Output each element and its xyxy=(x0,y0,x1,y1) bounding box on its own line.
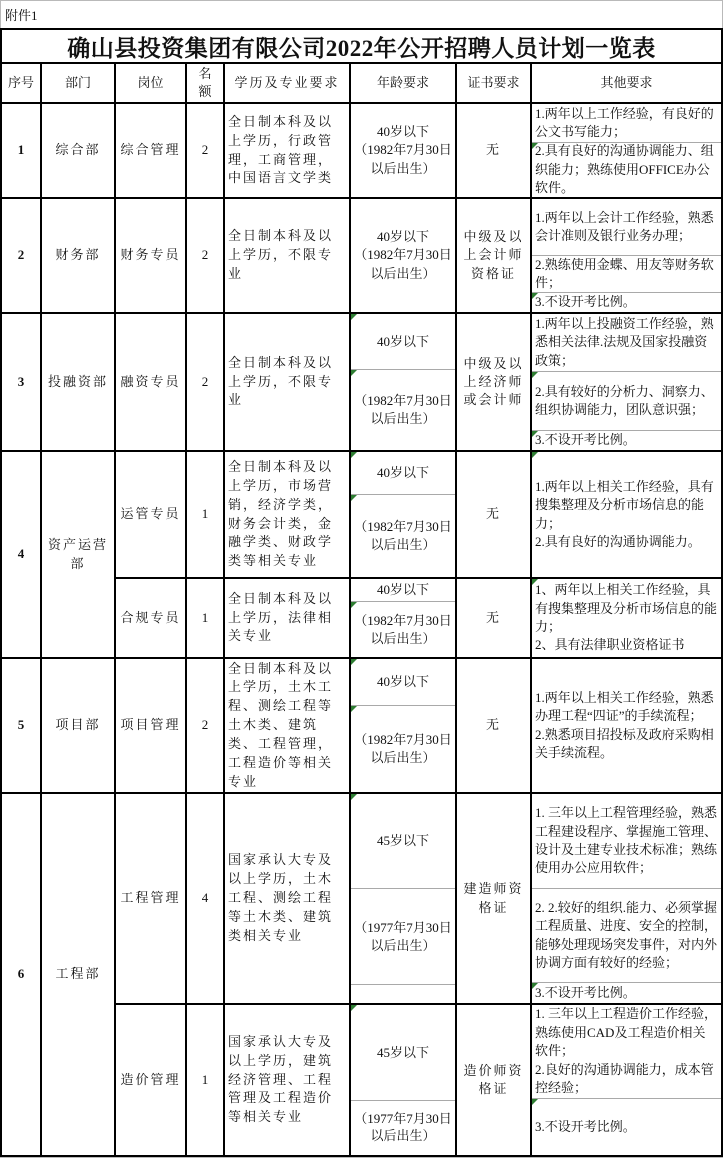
r2-other-item-3-text: 3.不设开考比例。 xyxy=(535,293,718,311)
r6a-age-item-2: （1977年7月30日以后出生） xyxy=(351,888,455,984)
comment-marker-icon xyxy=(532,431,538,437)
r3-age-cell: 40岁以下 （1982年7月30日以后出生） xyxy=(351,314,455,450)
r4b-age-item-2: （1982年7月30日以后出生） xyxy=(351,601,455,657)
r1-age-cell: 40岁以下 （1982年7月30日以后出生） xyxy=(351,104,455,197)
r3-post-cell: 融资专员 xyxy=(116,314,185,450)
r1-other-cell: 1.两年以上工作经验，有良好的公文书写能力； 2.具有良好的沟通协调能力、组织能… xyxy=(532,104,721,197)
r2-post-cell: 财务专员 xyxy=(116,199,185,312)
table-row-4a: 运管专员 1 全日制本科及以上学历，市场营销，经济学类，财务会计类，金融学类、财… xyxy=(116,452,721,577)
comment-marker-icon xyxy=(351,452,357,458)
r2-other-cell: 1.两年以上会计工作经验，熟悉会计准则及银行业务办理； 2.熟练使用金蝶、用友等… xyxy=(532,199,721,312)
r1-edu-cell: 全日制本科及以上学历，行政管理，工商管理，中国语言文学类 xyxy=(225,104,349,197)
r6a-other-item-3: 3.不设开考比例。 xyxy=(532,982,721,1003)
r5-age-cell: 40岁以下 （1982年7月30日以后出生） xyxy=(351,659,455,792)
r6a-age-cell: 45岁以下 （1977年7月30日以后出生） xyxy=(351,794,455,1003)
r6b-other-item-1-text: 1. 三年以上工程造价工作经验，熟练使用CAD及工程造价相关软件； 2.良好的沟… xyxy=(535,1005,718,1097)
r4b-age-cell: 40岁以下 （1982年7月30日以后出生） xyxy=(351,579,455,657)
r6b-edu-cell: 国家承认大专及以上学历，建筑经济管理、工程管理及工程造价等相关专业 xyxy=(225,1005,349,1155)
r5-age-item-1-text: 40岁以下 xyxy=(352,673,454,691)
r6a-age-item-2-text: （1977年7月30日以后出生） xyxy=(352,919,454,955)
column-header-other: 其他要求 xyxy=(532,64,721,102)
r4b-post-cell: 合规专员 xyxy=(116,579,185,657)
r5-other-item-1-text: 1.两年以上相关工作经验，熟悉办理工程“四证”的手续流程； 2.熟悉项目招投标及… xyxy=(535,689,718,763)
comment-marker-icon xyxy=(351,602,357,608)
r6a-age-item-1: 45岁以下 xyxy=(351,794,455,888)
r4a-post-cell: 运管专员 xyxy=(116,452,185,577)
table-row-1: 1 综合部 综合管理 2 全日制本科及以上学历，行政管理，工商管理，中国语言文学… xyxy=(2,104,721,197)
r3-edu-cell: 全日制本科及以上学历，不限专业 xyxy=(225,314,349,450)
table-row-3: 3 投融资部 融资专员 2 全日制本科及以上学历，不限专业 40岁以下 （198… xyxy=(2,314,721,450)
r4a-edu-cell: 全日制本科及以上学历，市场营销，经济学类，财务会计类，金融学类、财政学类等相关专… xyxy=(225,452,349,577)
r2-other-item-2: 2.熟练使用金蝶、用友等财务软件； xyxy=(532,255,721,292)
recruitment-table: 确山县投资集团有限公司2022年公开招聘人员计划一览表 序号 部门 岗位 名 额… xyxy=(0,28,723,1157)
r4b-cert-cell: 无 xyxy=(457,579,530,657)
r1-other-item-2-text: 2.具有良好的沟通协调能力、组织能力；熟练使用OFFICE办公软件。 xyxy=(535,142,718,197)
r4a-age-item-2: （1982年7月30日以后出生） xyxy=(351,494,455,577)
r4a-other-item-1: 1.两年以上相关工作经验，具有搜集整理及分析市场信息的能力； 2.具有良好的沟通… xyxy=(532,452,721,577)
r3-other-item-3-text: 3.不设开考比例。 xyxy=(535,431,718,449)
r4b-quota-cell: 1 xyxy=(187,579,223,657)
r6a-other-item-3-text: 3.不设开考比例。 xyxy=(535,985,718,1001)
column-header-cert: 证书要求 xyxy=(457,64,530,102)
r1-post-cell: 综合管理 xyxy=(116,104,185,197)
r2-seq-cell: 2 xyxy=(2,199,40,312)
r6a-post-cell: 工程管理 xyxy=(116,794,185,1003)
r4b-age-item-1-text: 40岁以下 xyxy=(352,581,454,599)
comment-marker-icon xyxy=(351,370,357,376)
r2-other-item-2-text: 2.熟练使用金蝶、用友等财务软件； xyxy=(535,256,718,292)
r2-cert-cell: 中级及以上会计师资格证 xyxy=(457,199,530,312)
r3-seq-cell: 3 xyxy=(2,314,40,450)
r3-other-item-2: 2.具有较好的分析力、洞察力、组织协调能力，团队意识强； xyxy=(532,371,721,430)
comment-marker-icon xyxy=(351,495,357,501)
comment-marker-icon xyxy=(351,659,357,665)
r2-quota-cell: 2 xyxy=(187,199,223,312)
r4b-edu-cell: 全日制本科及以上学历，法律相关专业 xyxy=(225,579,349,657)
table-rowgroup-4: 4 资产运营部 运管专员 1 全日制本科及以上学历，市场营销，经济学类，财务会计… xyxy=(2,452,721,657)
r4a-age-item-1-text: 40岁以下 xyxy=(352,464,454,482)
r1-cert-cell: 无 xyxy=(457,104,530,197)
comment-marker-icon xyxy=(351,706,357,712)
comment-marker-icon xyxy=(532,1099,538,1105)
r6b-quota-cell: 1 xyxy=(187,1005,223,1155)
comment-marker-icon xyxy=(532,372,538,378)
comment-marker-icon xyxy=(532,293,538,299)
r3-quota-cell: 2 xyxy=(187,314,223,450)
document-page: 附件1 确山县投资集团有限公司2022年公开招聘人员计划一览表 序号 部门 岗位… xyxy=(0,0,723,1158)
table-row-5: 5 项目部 项目管理 2 全日制本科及以上学历，土木工程、测绘工程等土木类、建筑… xyxy=(2,659,721,792)
r6a-quota-cell: 4 xyxy=(187,794,223,1003)
r3-other-item-1-text: 1.两年以上投融资工作经验，熟悉相关法律.法规及国家投融资政策； xyxy=(535,315,718,370)
table-row-2: 2 财务部 财务专员 2 全日制本科及以上学历，不限专业 40岁以下 （1982… xyxy=(2,199,721,312)
header-row: 序号 部门 岗位 名 额 学历及专业要求 年龄要求 证书要求 其他要求 xyxy=(2,64,721,102)
r3-other-item-1: 1.两年以上投融资工作经验，熟悉相关法律.法规及国家投融资政策； xyxy=(532,314,721,371)
r5-post-cell: 项目管理 xyxy=(116,659,185,792)
r5-age-item-2-text: （1982年7月30日以后出生） xyxy=(352,731,454,767)
r6a-other-item-1: 1. 三年以上工程管理经验，熟悉工程建设程序、掌握施工管理、设计及土建专业技术标… xyxy=(532,794,721,888)
r4b-other-cell: 1、两年以上相关工作经验，具有搜集整理及分析市场信息的能力； 2、具有法律职业资… xyxy=(532,579,721,657)
column-header-dept: 部门 xyxy=(42,64,114,102)
comment-marker-icon xyxy=(532,579,538,585)
r6b-age-item-2: （1977年7月30日以后出生） xyxy=(351,1100,455,1155)
column-header-quota: 名 额 xyxy=(187,64,223,102)
r6b-other-item-2-text: 3.不设开考比例。 xyxy=(535,1118,718,1136)
r5-other-item-1: 1.两年以上相关工作经验，熟悉办理工程“四证”的手续流程； 2.熟悉项目招投标及… xyxy=(532,659,721,792)
r6-dept-cell: 工程部 xyxy=(42,794,114,1155)
r2-age-cell: 40岁以下 （1982年7月30日以后出生） xyxy=(351,199,455,312)
r6a-other-item-2: 2. 2.较好的组织.能力、必须掌握工程质量、进度、安全的控制，能够处理现场突发… xyxy=(532,888,721,982)
r3-age-item-1: 40岁以下 xyxy=(351,314,455,369)
r5-edu-cell: 全日制本科及以上学历，土木工程、测绘工程等土木类、建筑类、工程管理，工程造价等相… xyxy=(225,659,349,792)
table-row-6a: 工程管理 4 国家承认大专及以上学历，土木工程、测绘工程等土木类、建筑类相关专业… xyxy=(116,794,721,1003)
r6b-age-item-2-text: （1977年7月30日以后出生） xyxy=(352,1111,454,1145)
r5-quota-cell: 2 xyxy=(187,659,223,792)
r5-cert-cell: 无 xyxy=(457,659,530,792)
r5-other-cell: 1.两年以上相关工作经验，熟悉办理工程“四证”的手续流程； 2.熟悉项目招投标及… xyxy=(532,659,721,792)
r1-quota-cell: 2 xyxy=(187,104,223,197)
r3-other-item-2-text: 2.具有较好的分析力、洞察力、组织协调能力，团队意识强； xyxy=(535,383,718,420)
r2-other-item-1: 1.两年以上会计工作经验，熟悉会计准则及银行业务办理； xyxy=(532,199,721,255)
r6b-other-item-2: 3.不设开考比例。 xyxy=(532,1098,721,1155)
r2-edu-cell: 全日制本科及以上学历，不限专业 xyxy=(225,199,349,312)
page-title: 确山县投资集团有限公司2022年公开招聘人员计划一览表 xyxy=(2,30,721,62)
r6a-other-item-1-text: 1. 三年以上工程管理经验，熟悉工程建设程序、掌握施工管理、设计及土建专业技术标… xyxy=(535,804,718,878)
r3-other-cell: 1.两年以上投融资工作经验，熟悉相关法律.法规及国家投融资政策； 2.具有较好的… xyxy=(532,314,721,450)
r6a-other-item-2-text: 2. 2.较好的组织.能力、必须掌握工程质量、进度、安全的控制，能够处理现场突发… xyxy=(535,899,718,973)
r1-other-item-2: 2.具有良好的沟通协调能力、组织能力；熟练使用OFFICE办公软件。 xyxy=(532,142,721,197)
r6a-age-item-1-text: 45岁以下 xyxy=(352,832,454,850)
comment-marker-icon xyxy=(351,314,357,320)
r3-age-item-2: （1982年7月30日以后出生） xyxy=(351,369,455,450)
r6a-edu-cell: 国家承认大专及以上学历，土木工程、测绘工程等土木类、建筑类相关专业 xyxy=(225,794,349,1003)
r4b-age-item-2-text: （1982年7月30日以后出生） xyxy=(352,612,454,648)
column-header-edu: 学历及专业要求 xyxy=(225,64,349,102)
r3-cert-cell: 中级及以上经济师或会计师 xyxy=(457,314,530,450)
r6b-age-item-1-text: 45岁以下 xyxy=(352,1044,454,1062)
r2-other-item-1-text: 1.两年以上会计工作经验，熟悉会计准则及银行业务办理； xyxy=(535,209,718,246)
r2-dept-cell: 财务部 xyxy=(42,199,114,312)
r6a-age-item-3 xyxy=(351,984,455,1003)
r3-dept-cell: 投融资部 xyxy=(42,314,114,450)
r4a-other-item-1-text: 1.两年以上相关工作经验，具有搜集整理及分析市场信息的能力； 2.具有良好的沟通… xyxy=(535,478,718,552)
column-header-age: 年龄要求 xyxy=(351,64,455,102)
r6b-age-item-1: 45岁以下 xyxy=(351,1005,455,1100)
comment-marker-icon xyxy=(351,1005,357,1011)
r6b-cert-cell: 造价师资格证 xyxy=(457,1005,530,1155)
r6a-other-cell: 1. 三年以上工程管理经验，熟悉工程建设程序、掌握施工管理、设计及土建专业技术标… xyxy=(532,794,721,1003)
r5-age-item-1: 40岁以下 xyxy=(351,659,455,705)
r4a-age-item-2-text: （1982年7月30日以后出生） xyxy=(352,518,454,554)
comment-marker-icon xyxy=(532,143,538,149)
r4-dept-cell: 资产运营部 xyxy=(42,452,114,657)
r6a-cert-cell: 建造师资格证 xyxy=(457,794,530,1003)
r2-other-item-3: 3.不设开考比例。 xyxy=(532,292,721,312)
r3-age-item-1-text: 40岁以下 xyxy=(352,333,454,351)
r1-dept-cell: 综合部 xyxy=(42,104,114,197)
r4b-other-item-1: 1、两年以上相关工作经验，具有搜集整理及分析市场信息的能力； 2、具有法律职业资… xyxy=(532,579,721,657)
r1-seq-cell: 1 xyxy=(2,104,40,197)
r6b-age-cell: 45岁以下 （1977年7月30日以后出生） xyxy=(351,1005,455,1155)
r4a-age-item-1: 40岁以下 xyxy=(351,452,455,494)
table-rowgroup-6: 6 工程部 工程管理 4 国家承认大专及以上学历，土木工程、测绘工程等土木类、建… xyxy=(2,794,721,1155)
comment-marker-icon xyxy=(532,983,538,989)
r5-seq-cell: 5 xyxy=(2,659,40,792)
r4a-age-cell: 40岁以下 （1982年7月30日以后出生） xyxy=(351,452,455,577)
r1-other-item-1: 1.两年以上工作经验，有良好的公文书写能力； xyxy=(532,104,721,142)
r4b-age-item-1: 40岁以下 xyxy=(351,579,455,601)
comment-marker-icon xyxy=(351,794,357,800)
table-row-4b: 合规专员 1 全日制本科及以上学历，法律相关专业 40岁以下 （1982年7月3… xyxy=(116,579,721,657)
r4b-other-item-1-text: 1、两年以上相关工作经验，具有搜集整理及分析市场信息的能力； 2、具有法律职业资… xyxy=(535,581,718,655)
column-header-seq: 序号 xyxy=(2,64,40,102)
r6b-other-cell: 1. 三年以上工程造价工作经验，熟练使用CAD及工程造价相关软件； 2.良好的沟… xyxy=(532,1005,721,1155)
r5-age-item-2: （1982年7月30日以后出生） xyxy=(351,705,455,792)
r1-other-item-1-text: 1.两年以上工作经验，有良好的公文书写能力； xyxy=(535,105,718,142)
r6b-post-cell: 造价管理 xyxy=(116,1005,185,1155)
r4a-quota-cell: 1 xyxy=(187,452,223,577)
table-row-6b: 造价管理 1 国家承认大专及以上学历，建筑经济管理、工程管理及工程造价等相关专业… xyxy=(116,1005,721,1155)
r4-seq-cell: 4 xyxy=(2,452,40,657)
r6b-other-item-1: 1. 三年以上工程造价工作经验，熟练使用CAD及工程造价相关软件； 2.良好的沟… xyxy=(532,1005,721,1098)
r4a-cert-cell: 无 xyxy=(457,452,530,577)
r6-seq-cell: 6 xyxy=(2,794,40,1155)
attachment-label: 附件1 xyxy=(0,0,723,28)
comment-marker-icon xyxy=(532,452,538,458)
column-header-post: 岗位 xyxy=(116,64,185,102)
r5-dept-cell: 项目部 xyxy=(42,659,114,792)
r4a-other-cell: 1.两年以上相关工作经验，具有搜集整理及分析市场信息的能力； 2.具有良好的沟通… xyxy=(532,452,721,577)
r3-other-item-3: 3.不设开考比例。 xyxy=(532,430,721,450)
r3-age-item-2-text: （1982年7月30日以后出生） xyxy=(352,392,454,428)
